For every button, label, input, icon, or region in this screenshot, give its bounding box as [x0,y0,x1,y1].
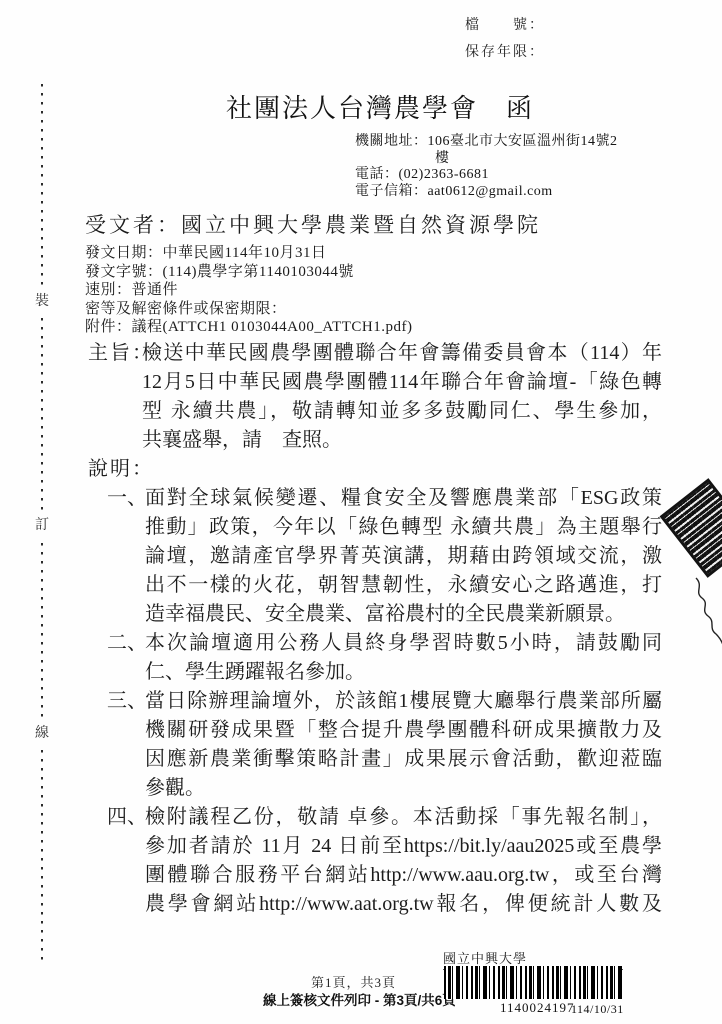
file-number-label: 檔 號： [465,12,545,39]
document-meta-block: 發文日期：中華民國114年10月31日 發文字號：(114)農學字第114010… [85,244,412,337]
subject-line: 型 永續共農」，敬請轉知並多多鼓勵同仁、學生參加， [142,397,662,426]
seal-stamp-icon [660,478,722,578]
item-line: 農學會網站http://www.aat.org.tw報名，俾便統計人數及 [145,890,662,919]
item-line: 團體聯合服務平台網站http://www.aau.org.tw，或至台灣 [145,861,662,890]
subject-label: 主旨： [88,339,154,368]
letter-body: 主旨： 檢送中華民國農學團體聯合年會籌備委員會本（114）年 12月5日中華民國… [88,339,662,919]
item-number: 三、 [107,687,147,716]
explanation-item-2: 二、 本次論壇適用公務人員終身學習時數5小時，請鼓勵同 仁、學生踴躍報名參加。 [88,629,662,687]
sender-address-line1: 機關地址：106臺北市大安區溫州街14號2 [355,134,618,151]
barcode-date: 114/10/31 [571,1002,624,1017]
item-line: 論壇，邀請產官學界菁英演講，期藉由跨領域交流，激 [145,542,662,571]
sender-email: 電子信箱：aat0612@gmail.com [355,184,618,201]
item-line: 因應新農業衝擊策略計畫」成果展示會活動，歡迎蒞臨 [145,745,662,774]
subject-line: 共襄盛舉，請 查照。 [142,426,662,455]
sender-address-line2: 樓 [355,151,618,168]
binding-mark-xian: 線 [33,718,51,746]
item-line: 機關研發成果暨「整合提升農學團體科研成果擴散力及 [145,716,662,745]
subject-line: 檢送中華民國農學團體聯合年會籌備委員會本（114）年 [142,339,662,368]
item-line: 造幸福農民、安全農業、富裕農村的全民農業新願景。 [145,600,662,629]
sender-phone: 電話：(02)2363-6681 [355,167,618,184]
item-number: 二、 [107,629,147,658]
explanation-item-1: 一、 面對全球氣候變遷、糧食安全及響應農業部「ESG政策 推動」政策，今年以「綠… [88,484,662,629]
item-number: 四、 [107,803,147,832]
document-title: 社團法人台灣農學會 函 [226,88,534,125]
security-class-line: 密等及解密條件或保密期限： [85,300,412,319]
signature-squiggle-icon [690,576,722,646]
barcode-icon [444,966,622,999]
explanation-item-4: 四、 檢附議程乙份，敬請 卓參。本活動採「事先報名制」， 參加者請於 11月 2… [88,803,662,919]
doc-number-line: 發文字號：(114)農學字第1140103044號 [85,263,412,282]
item-line: 面對全球氣候變遷、糧食安全及響應農業部「ESG政策 [145,484,662,513]
binding-mark-zhuang: 裝 [33,286,51,314]
binding-mark-ding: 訂 [33,510,51,538]
explanation-label: 說明： [88,455,662,484]
item-line: 出不一樣的火花，朝智慧韌性，永續安心之路邁進，打 [145,571,662,600]
sender-contact-block: 機關地址：106臺北市大安區溫州街14號2 樓 電話：(02)2363-6681… [355,134,618,200]
retention-period-label: 保存年限： [465,39,545,66]
scanned-official-letter: 檔 號： 保存年限： 社團法人台灣農學會 函 機關地址：106臺北市大安區溫州街… [0,0,722,1024]
item-line: 仁、學生踴躍報名參加。 [145,658,662,687]
item-line: 參觀。 [145,774,662,803]
subject-section: 主旨： 檢送中華民國農學團體聯合年會籌備委員會本（114）年 12月5日中華民國… [88,339,662,455]
recipient-line: 受文者：國立中興大學農業暨自然資源學院 [85,209,541,239]
speed-class-line: 速別：普通件 [85,281,412,300]
online-signoff-print-text: 線上簽核文件列印 - 第3頁/共6頁 [263,989,456,1009]
item-line: 推動」政策，今年以「綠色轉型 永續共農」為主題舉行 [145,513,662,542]
item-line: 參加者請於 11月 24 日前至https://bit.ly/aau2025或至… [145,832,662,861]
file-header-block: 檔 號： 保存年限： [465,12,545,66]
subject-line: 12月5日中華民國農學團體114年聯合年會論壇-「綠色轉 [142,368,662,397]
explanation-item-3: 三、 當日除辦理論壇外，於該館1樓展覽大廳舉行農業部所屬 機關研發成果暨「整合提… [88,687,662,803]
item-line: 當日除辦理論壇外，於該館1樓展覽大廳舉行農業部所屬 [145,687,662,716]
attachment-line: 附件：議程(ATTCH1 0103044A00_ATTCH1.pdf) [85,318,412,337]
item-line: 檢附議程乙份，敬請 卓參。本活動採「事先報名制」， [145,803,662,832]
issue-date-line: 發文日期：中華民國114年10月31日 [85,244,412,263]
item-line: 本次論壇適用公務人員終身學習時數5小時，請鼓勵同 [145,629,662,658]
barcode-number: 1140024197 [500,1000,575,1016]
item-number: 一、 [107,484,147,513]
